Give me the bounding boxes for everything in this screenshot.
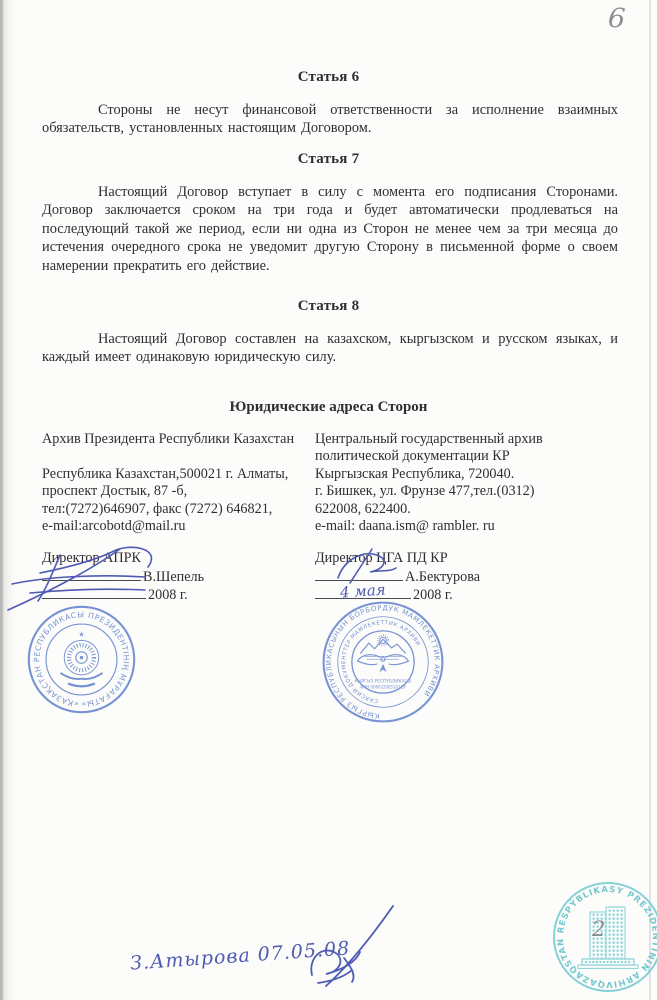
document-page: 6 Статья 6 Стороны не несут финансовой о… (0, 0, 657, 1000)
signature-line (315, 568, 403, 581)
address-line: политической документации КР (315, 448, 573, 465)
signer-name: А.Бектурова (405, 569, 480, 585)
signature-block-aprk: Директор АПРК В.Шепель 2008 г. (42, 549, 204, 605)
signer-role: Директор ЦГА ПД КР (315, 549, 480, 568)
signer-name-line: В.Шепель (42, 568, 204, 587)
svg-text:★: ★ (79, 631, 85, 639)
address-kyrgyzstan: Центральный государственный архив полити… (315, 431, 573, 535)
stamp-president-archive-latin: QAZAQSTAN RESPÝBLIKASY PREZIDENTINIŃ ARH… (552, 881, 657, 993)
address-line: e-mail: daana.ism@ rambler. ru (315, 518, 573, 535)
stamp-inner-line1: КЫРГЫЗ РЕСПУБЛИКАСЫ (355, 679, 412, 685)
kyrgyzstan-emblem-icon (358, 635, 409, 672)
kazakhstan-emblem-icon: ★ (60, 631, 102, 687)
address-line: тел:(7272)646907, факс (7272) 646821, (42, 501, 315, 518)
addresses-row: Архив Президента Республики Казахстан Ре… (42, 431, 618, 535)
svg-text:КЫРГЫЗ РЕСПУБЛИКАСЫНЫН БОРБОРД: КЫРГЫЗ РЕСПУБЛИКАСЫНЫН БОРБОРДУК МАМЛЕКЕ… (325, 604, 441, 720)
signature-flourish-bottom (290, 895, 400, 995)
article-8-title: Статья 8 (0, 298, 657, 315)
signature-year: 2008 г. (148, 587, 188, 603)
stamp-ring-text: КЫРГЫЗ РЕСПУБЛИКАСЫНЫН БОРБОРДУК МАМЛЕКЕ… (325, 604, 441, 720)
address-kazakhstan: Архив Президента Республики Казахстан Ре… (42, 431, 315, 535)
article-6-title: Статья 6 (0, 69, 657, 86)
signer-name: В.Шепель (143, 569, 204, 585)
signature-date-line: 2008 г. (42, 586, 204, 605)
stamp-kyrgyzstan-archive: КЫРГЫЗ РЕСПУБЛИКАСЫНЫН БОРБОРДУК МАМЛЕКЕ… (317, 596, 449, 728)
date-line (315, 586, 411, 599)
handwritten-bottom-note: З.Атырова 07.05.08 (130, 937, 351, 974)
stamp-ring-text: «ҚАЗАҚСТАН РЕСПУБЛИКАСЫ ПРЕЗИДЕНТІНІҢ МҰ… (24, 602, 131, 709)
address-line: проспект Достык, 87 -б, (42, 483, 315, 500)
handwritten-number-2: 2 (592, 917, 605, 941)
svg-text:САЯСИЙ ДОКУМЕНТТЕР МАМЛЕКЕТТИК: САЯСИЙ ДОКУМЕНТТЕР МАМЛЕКЕТТИК АРХИВИ (341, 620, 421, 703)
svg-text:QAZAQSTAN RESPÝBLIKASY PREZIDE: QAZAQSTAN RESPÝBLIKASY PREZIDENTINIŃ ARH… (552, 881, 657, 990)
signature-block-tsgapd: Директор ЦГА ПД КР А.Бектурова 2008 г. (315, 549, 480, 605)
handwritten-page-number: 6 (607, 3, 649, 37)
stamp-inner-line2: ИНН 00602200510129 (360, 684, 406, 689)
org-name-kazakhstan: Архив Президента Республики Казахстан (42, 431, 315, 448)
org-name-kyrgyzstan: Центральный государственный архив (315, 431, 573, 448)
signature-date-line: 2008 г. (315, 586, 480, 605)
signer-name-line: А.Бектурова (315, 568, 480, 587)
article-6-body: Стороны не несут финансовой ответственно… (42, 101, 618, 138)
article-8-body: Настоящий Договор составлен на казахском… (42, 330, 618, 367)
signature-line (42, 568, 141, 581)
address-line: г. Бишкек, ул. Фрунзе 477,тел.(0312) (315, 483, 573, 500)
address-line: Кыргызская Республика, 720040. (315, 466, 573, 483)
svg-text:«ҚАЗАҚСТАН РЕСПУБЛИКАСЫ ПРЕЗИД: «ҚАЗАҚСТАН РЕСПУБЛИКАСЫ ПРЕЗИДЕНТІНІҢ МҰ… (24, 602, 131, 709)
article-7-title: Статья 7 (0, 151, 657, 168)
scan-left-edge (0, 0, 16, 1000)
signature-year: 2008 г. (413, 587, 453, 603)
article-7-body: Настоящий Договор вступает в силу с моме… (42, 183, 618, 275)
address-line: e-mail:arcobotd@mail.ru (42, 518, 315, 535)
date-line (42, 586, 146, 599)
address-line: 622008, 622400. (315, 501, 573, 518)
scan-right-edge (649, 0, 651, 1000)
address-line: Республика Казахстан,500021 г. Алматы, (42, 466, 315, 483)
stamp-kazakhstan-archive: «ҚАЗАҚСТАН РЕСПУБЛИКАСЫ ПРЕЗИДЕНТІНІҢ МҰ… (24, 602, 139, 717)
signer-role: Директор АПРК (42, 549, 204, 568)
stamp-inner-ring-text: САЯСИЙ ДОКУМЕНТТЕР МАМЛЕКЕТТИК АРХИВИ (341, 620, 421, 703)
addresses-heading: Юридические адреса Сторон (0, 399, 657, 416)
archive-building-icon (578, 907, 638, 968)
stamp-ring-text: QAZAQSTAN RESPÝBLIKASY PREZIDENTINIŃ ARH… (552, 881, 657, 990)
address-spacer (42, 448, 315, 465)
